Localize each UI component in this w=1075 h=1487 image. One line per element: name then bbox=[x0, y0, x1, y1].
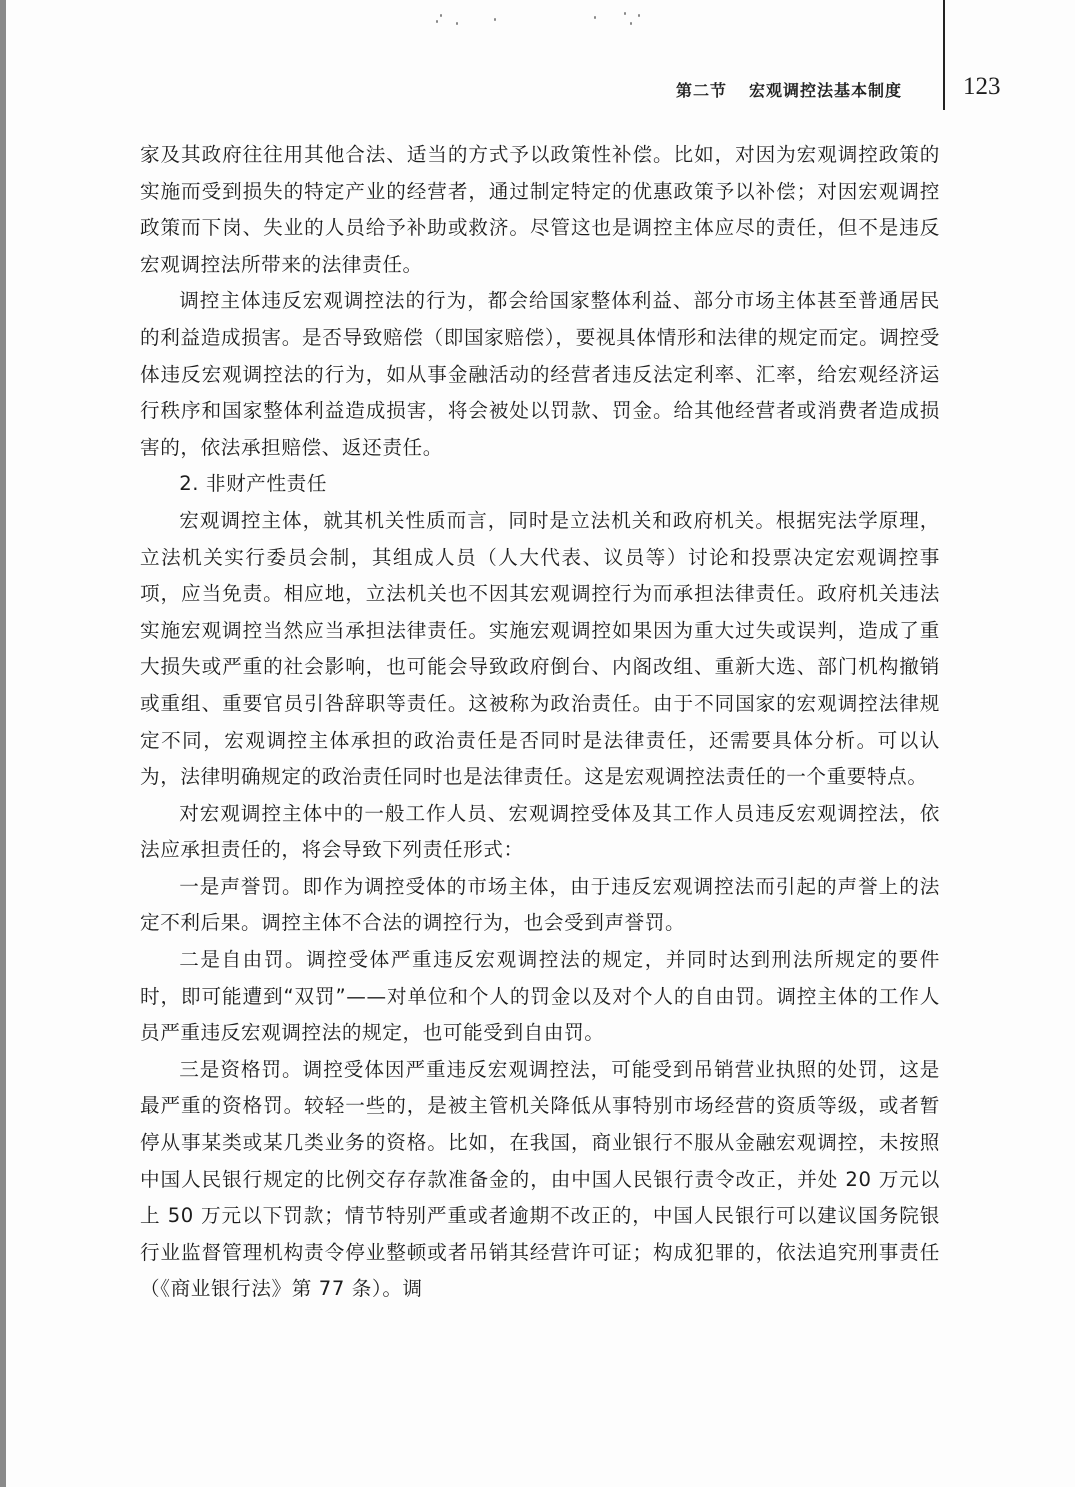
paragraph: 对宏观调控主体中的一般工作人员、宏观调控受体及其工作人员违反宏观调控法，依法应承… bbox=[140, 796, 940, 869]
paragraph: 调控主体违反宏观调控法的行为，都会给国家整体利益、部分市场主体甚至普通居民的利益… bbox=[140, 283, 940, 466]
page-number: 123 bbox=[963, 73, 1001, 101]
paragraph-qualification-penalty: 三是资格罚。调控受体因严重违反宏观调控法，可能受到吊销营业执照的处罚，这是最严重… bbox=[140, 1052, 940, 1308]
section-number: 第二节 bbox=[676, 81, 727, 100]
running-head: 第二节宏观调控法基本制度 bbox=[676, 78, 902, 101]
scan-noise bbox=[426, 8, 676, 30]
section-title: 宏观调控法基本制度 bbox=[749, 81, 902, 100]
paragraph: 宏观调控主体，就其机关性质而言，同时是立法机关和政府机关。根据宪法学原理，立法机… bbox=[140, 503, 940, 796]
paragraph-liberty-penalty: 二是自由罚。调控受体严重违反宏观调控法的规定，并同时达到刑法所规定的要件时，即可… bbox=[140, 942, 940, 1052]
paragraph-reputation-penalty: 一是声誉罚。即作为调控受体的市场主体，由于违反宏观调控法而引起的声誉上的法定不利… bbox=[140, 869, 940, 942]
paragraph-continuation: 家及其政府往往用其他合法、适当的方式予以政策性补偿。比如，对因为宏观调控政策的实… bbox=[140, 137, 940, 283]
body-text: 家及其政府往往用其他合法、适当的方式予以政策性补偿。比如，对因为宏观调控政策的实… bbox=[140, 137, 940, 1308]
header-divider bbox=[943, 0, 945, 110]
subheading-non-property-liability: 2. 非财产性责任 bbox=[140, 466, 940, 503]
